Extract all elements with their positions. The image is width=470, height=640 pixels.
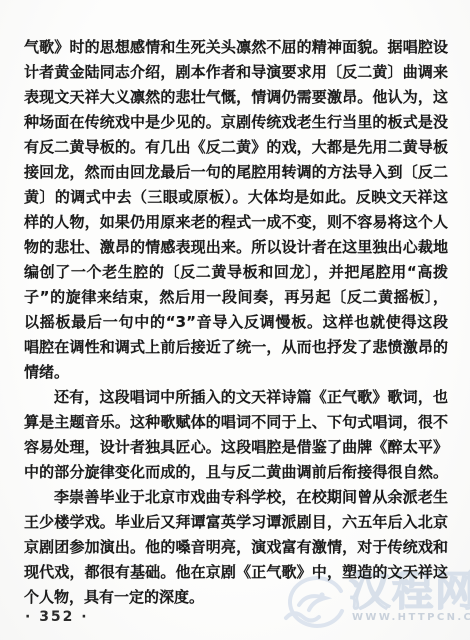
text-line: 接回龙，然而由回龙最后一句的尾腔用转调的方法导入到〔反二 — [24, 160, 448, 185]
text-line: 情绪。 — [24, 360, 448, 385]
text-line: 现代戏，都很有基础。他在京剧《正气歌》中，塑造的文天祥这 — [24, 560, 448, 585]
text-line: 王少楼学戏。毕业后又拜谭富英学习谭派剧目，六五年后入北京 — [24, 510, 448, 535]
text-line: 京剧团参加演出。他的嗓音明亮，演戏富有激情，对于传统戏和 — [24, 535, 448, 560]
scanned-book-page: 气歌》时的思想感情和生死关头凛然不屈的精神面貌。据唱腔设 计者黄金陆同志介绍，剧… — [0, 0, 470, 640]
text-line: 种场面在传统戏中是少见的。京剧传统戏老生行当里的板式是没 — [24, 110, 448, 135]
text-line: 中的部分旋律变化而成的，且与反二黄曲调前后衔接得很自然。 — [24, 460, 448, 485]
text-line: 个人物，具有一定的深度。 — [24, 585, 448, 610]
text-line: 计者黄金陆同志介绍，剧本作者和导演要求用〔反二黄〕曲调来 — [24, 60, 448, 85]
text-line: 样的人物，如果仍用原来老的程式一成不变，则不容易将这个人 — [24, 210, 448, 235]
page-number: · 352 · — [25, 609, 89, 625]
text-line-paragraph-start: 还有，这段唱词中所插入的文天祥诗篇《正气歌》歌词，也 — [24, 385, 448, 410]
text-line-paragraph-start: 李崇善毕业于北京市戏曲专科学校，在校期间曾从余派老生 — [24, 485, 448, 510]
text-line: 容易处理，设计者独具匠心。这段唱腔是借鉴了曲牌《醉太平》 — [24, 435, 448, 460]
watermark-site-url: WWW.HTTPCN.COM — [352, 612, 470, 623]
text-line: 气歌》时的思想感情和生死关头凛然不屈的精神面貌。据唱腔设 — [24, 35, 448, 60]
text-line: 唱腔在调性和调式上前后接近了统一，从而也抒发了悲愤激昂的 — [24, 335, 448, 360]
text-line: 有反二黄导板的。有几出《反二黄》的戏，大都是先用二黄导板 — [24, 135, 448, 160]
body-text: 气歌》时的思想感情和生死关头凛然不屈的精神面貌。据唱腔设 计者黄金陆同志介绍，剧… — [24, 35, 448, 610]
text-line: 表现文天祥大义凛然的悲壮气慨，情调仍需要激昂。他认为，这 — [24, 85, 448, 110]
text-line: 物的悲壮、激昂的情感表现出来。所以设计者在这里独出心裁地 — [24, 235, 448, 260]
text-line: 编创了一个老生腔的〔反二黄导板和回龙〕，并把尾腔用“高拨 — [24, 260, 448, 285]
text-line: 算是主题音乐。这种歌赋体的唱词不同于上、下句式唱词，很不 — [24, 410, 448, 435]
text-line: 黄〕的调式中去（三眼或原板）。大体均是如此。反映文天祥这 — [24, 185, 448, 210]
text-line: 子”的旋律来结束，然后用一段间奏，再另起〔反二黄摇板〕， — [24, 285, 448, 310]
text-line: 以摇板最后一句中的“3”音导入反调慢板。这样也就使得这段 — [24, 310, 448, 335]
